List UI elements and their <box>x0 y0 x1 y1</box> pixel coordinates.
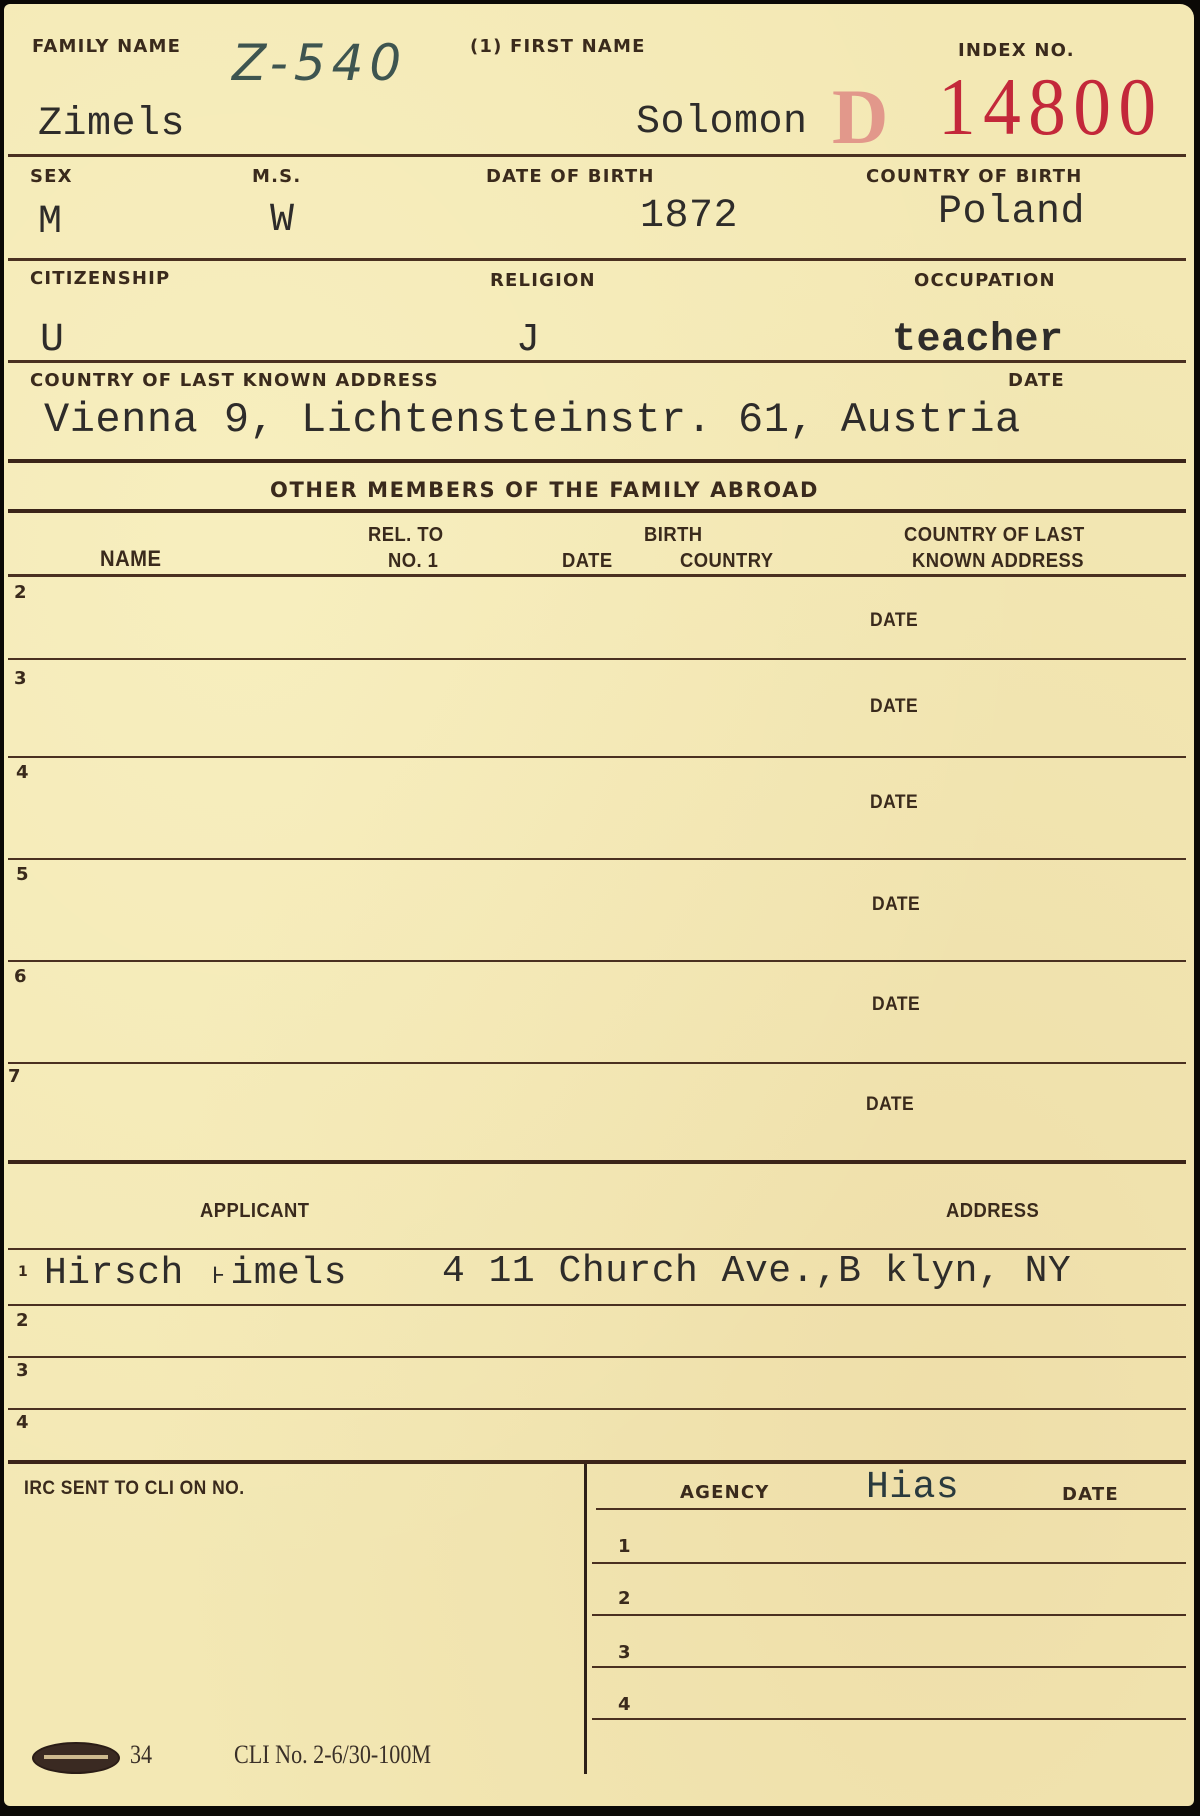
divider <box>592 1666 1186 1668</box>
row-date-label: DATE <box>870 696 918 718</box>
row-number: 1 <box>18 1264 28 1280</box>
divider-vertical <box>584 1464 587 1774</box>
handwritten-case-number: Z-540 <box>232 34 407 92</box>
occupation-value: teacher <box>892 318 1064 363</box>
row-number: 3 <box>14 668 27 689</box>
row-number: 5 <box>16 864 29 885</box>
index-no-label: INDEX NO. <box>958 40 1075 61</box>
date-of-birth-label: DATE OF BIRTH <box>486 166 655 187</box>
agency-row-number: 2 <box>618 1588 631 1609</box>
divider <box>592 1614 1186 1616</box>
divider <box>8 1062 1186 1064</box>
divider <box>8 1160 1186 1164</box>
citizenship-label: CITIZENSHIP <box>30 268 170 289</box>
divider <box>8 574 1186 577</box>
agency-row-number: 3 <box>618 1642 631 1663</box>
agency-date-label: DATE <box>1062 1484 1119 1505</box>
divider <box>8 459 1186 463</box>
marital-status-value: W <box>270 198 295 243</box>
date-of-birth-value: 1872 <box>640 194 738 239</box>
citizenship-value: U <box>40 318 65 363</box>
divider <box>8 360 1186 363</box>
col-last-address-header-2: KNOWN ADDRESS <box>912 550 1084 573</box>
row-date-label: DATE <box>872 994 920 1016</box>
country-of-birth-value: Poland <box>938 190 1085 235</box>
row-date-label: DATE <box>866 1094 914 1116</box>
row-number: 6 <box>14 966 27 987</box>
row-date-label: DATE <box>870 610 918 632</box>
row-number: 2 <box>16 1310 29 1331</box>
col-name-header: NAME <box>100 546 161 572</box>
sex-label: SEX <box>30 166 73 187</box>
col-rel-header-2: NO. 1 <box>388 550 438 573</box>
occupation-label: OCCUPATION <box>914 270 1056 291</box>
last-known-address-value: Vienna 9, Lichtensteinstr. 61, Austria <box>44 396 1021 444</box>
agency-row-number: 1 <box>618 1536 631 1557</box>
row-number: 4 <box>16 1412 29 1433</box>
applicant-name: Hirsch ˫imels <box>44 1252 347 1295</box>
col-last-address-header-1: COUNTRY OF LAST <box>904 524 1085 547</box>
divider <box>8 1356 1186 1358</box>
first-name-label: (1) FIRST NAME <box>470 36 646 57</box>
col-birth-date-header: DATE <box>562 550 613 573</box>
row-date-label: DATE <box>870 792 918 814</box>
index-card: FAMILY NAME Z-540 (1) FIRST NAME INDEX N… <box>4 4 1194 1806</box>
religion-label: RELIGION <box>490 270 596 291</box>
address-header: ADDRESS <box>946 1200 1039 1223</box>
family-abroad-title: OTHER MEMBERS OF THE FAMILY ABROAD <box>270 478 819 502</box>
divider <box>8 858 1186 860</box>
first-name-value: Solomon <box>636 100 808 145</box>
row-number: 3 <box>16 1360 29 1381</box>
col-rel-header-1: REL. TO <box>368 524 443 547</box>
applicant-header: APPLICANT <box>200 1200 309 1223</box>
divider <box>8 1304 1186 1306</box>
col-birth-header: BIRTH <box>644 524 703 547</box>
divider <box>8 960 1186 962</box>
sex-value: M <box>38 200 63 245</box>
divider <box>8 756 1186 758</box>
row-number: 7 <box>8 1066 21 1087</box>
row-number: 2 <box>14 582 27 603</box>
family-name-value: Zimels <box>38 102 185 147</box>
agency-label: AGENCY <box>680 1482 770 1503</box>
form-number: CLI No. 2-6/30-100M <box>234 1740 431 1770</box>
divider <box>8 1408 1186 1410</box>
divider <box>592 1562 1186 1564</box>
marital-status-label: M.S. <box>252 166 301 187</box>
applicant-address: 4 11 Church Ave.,B klyn, NY <box>442 1250 1071 1293</box>
religion-value: J <box>516 318 541 363</box>
divider <box>8 658 1186 660</box>
row-date-label: DATE <box>872 894 920 916</box>
family-name-label: FAMILY NAME <box>32 36 181 57</box>
last-known-address-date-label: DATE <box>1008 370 1065 391</box>
divider <box>8 154 1186 157</box>
irc-sent-label: IRC SENT TO CLI ON NO. <box>24 1478 245 1500</box>
printers-union-bug-icon <box>32 1742 120 1774</box>
row-number: 4 <box>16 762 29 783</box>
agency-row-number: 4 <box>618 1694 631 1715</box>
index-prefix-stamp: D <box>832 72 888 162</box>
divider <box>8 1460 1186 1464</box>
divider <box>8 258 1186 261</box>
divider <box>596 1508 1186 1510</box>
country-of-birth-label: COUNTRY OF BIRTH <box>866 166 1083 187</box>
col-birth-country-header: COUNTRY <box>680 550 774 573</box>
index-number-stamp: 14800 <box>938 60 1163 154</box>
last-known-address-label: COUNTRY OF LAST KNOWN ADDRESS <box>30 370 439 391</box>
divider <box>8 509 1186 513</box>
agency-value: Hias <box>866 1466 959 1509</box>
divider <box>592 1718 1186 1720</box>
union-number: 34 <box>130 1740 152 1770</box>
